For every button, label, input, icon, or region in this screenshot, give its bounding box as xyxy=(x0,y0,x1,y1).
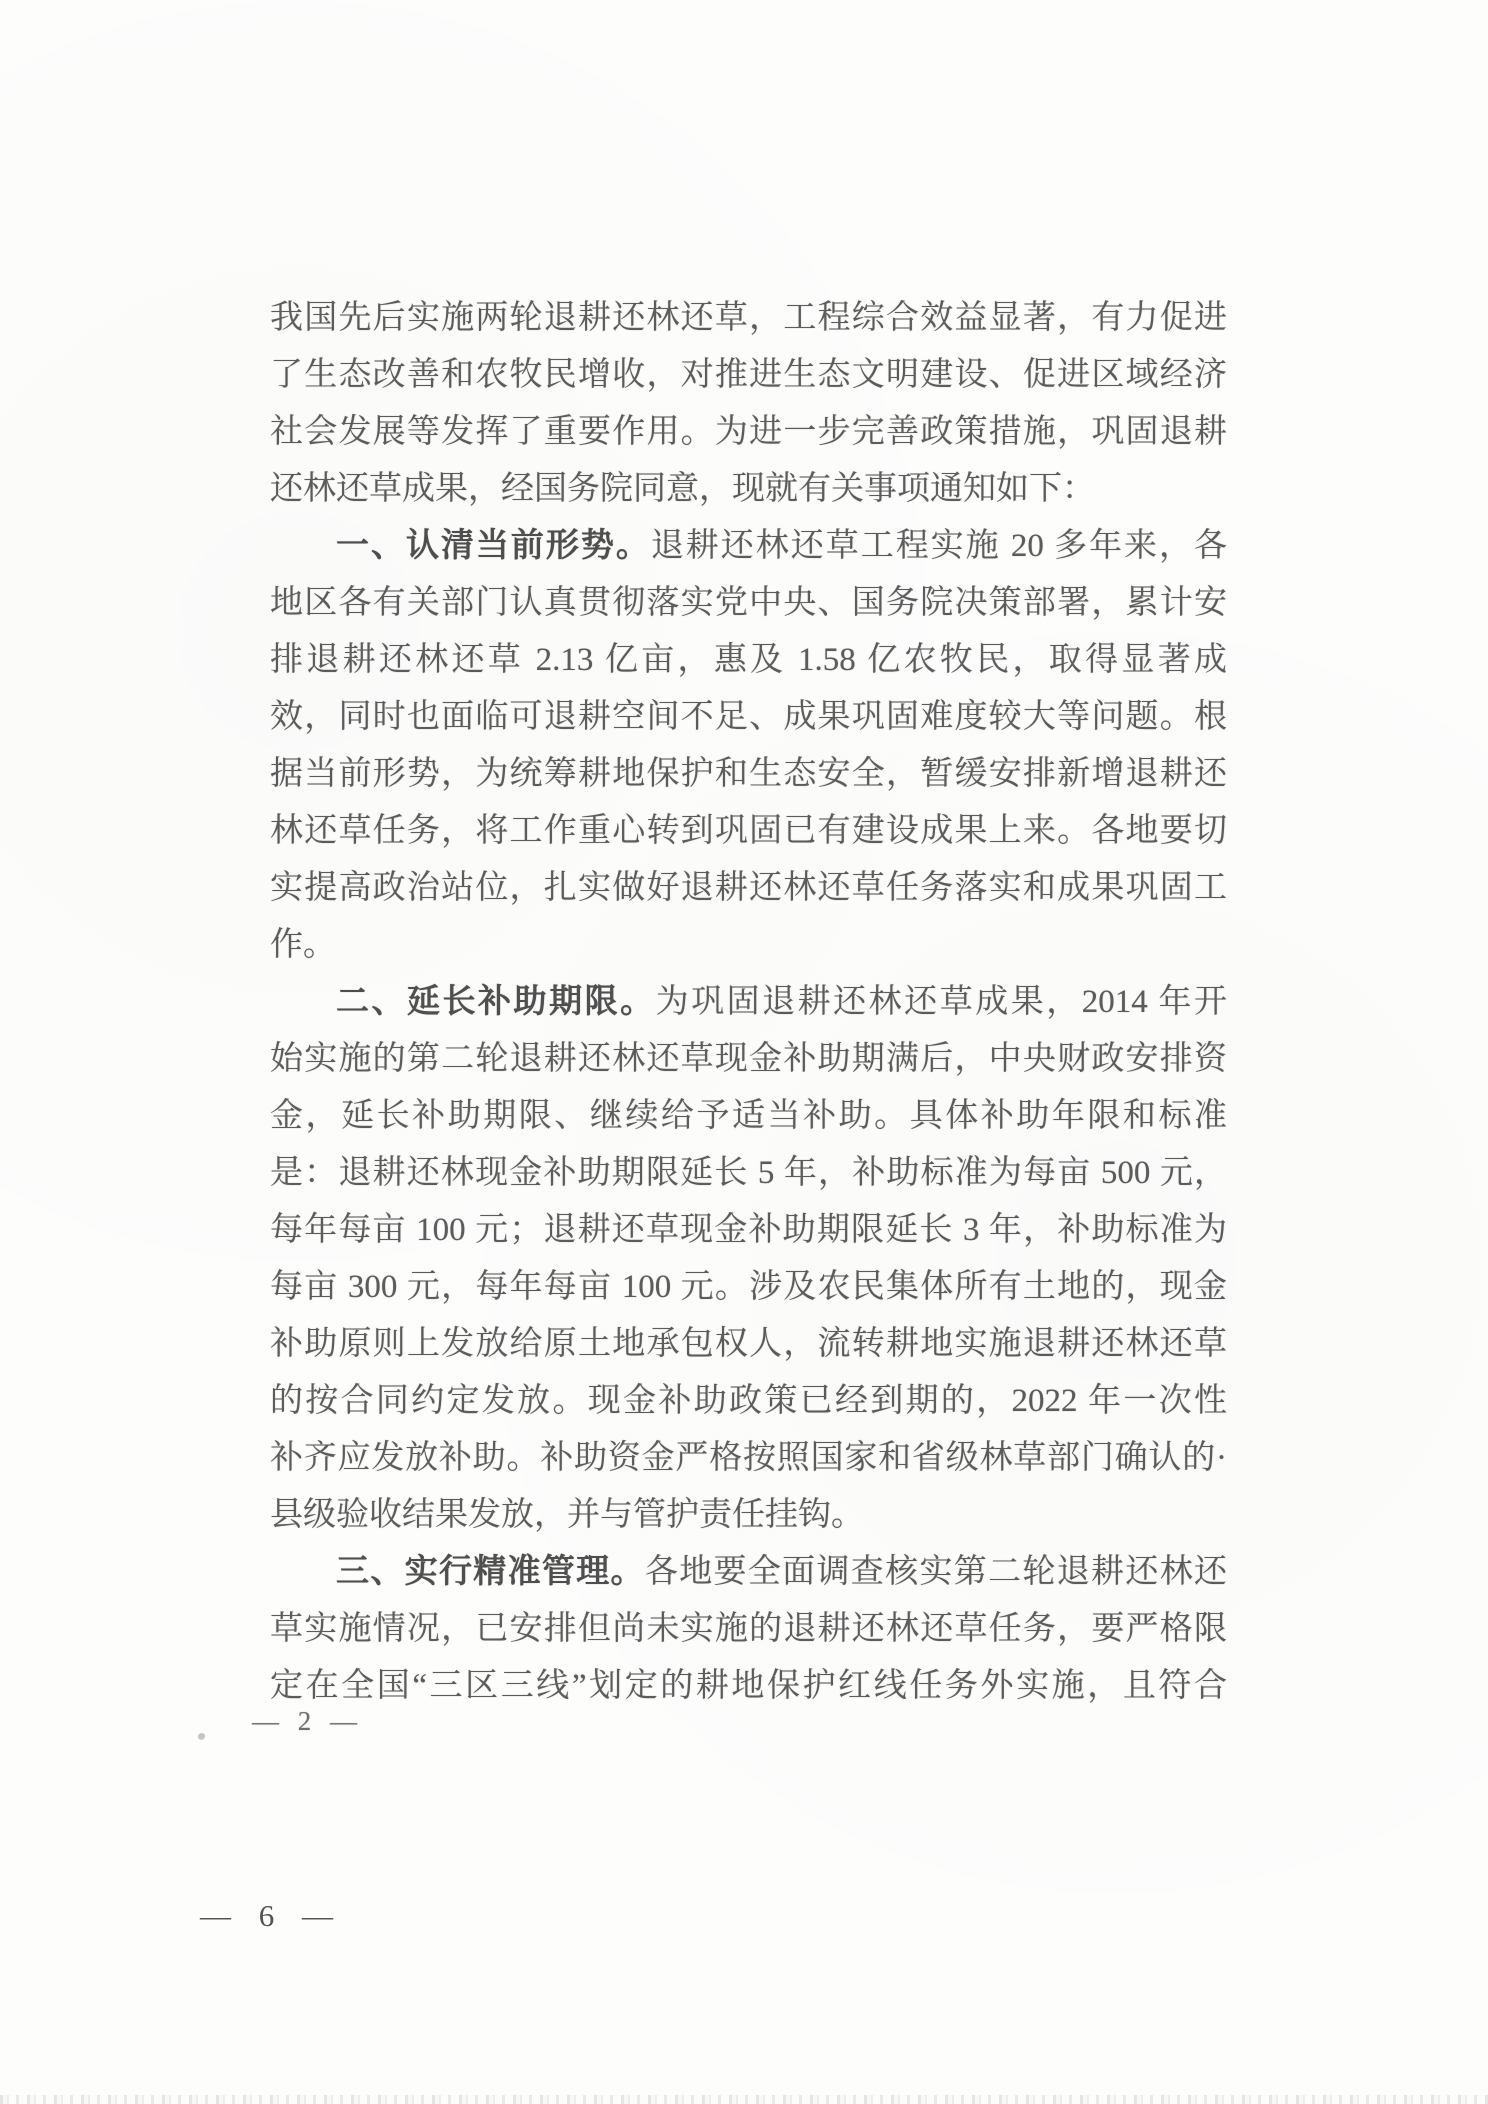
line-text: 我国先后实施两轮退耕还林还草，工程综合效益显著，有力促进 xyxy=(270,300,1227,336)
outer-page-number: — 6 — xyxy=(200,1898,336,1934)
text-line: 效，同时也面临可退耕空间不足、成果巩固难度较大等问题。根 xyxy=(270,689,1227,746)
text-line: 地区各有关部门认真贯彻落实党中央、国务院决策部署，累计安 xyxy=(270,575,1227,632)
line-text: 金，延长补助期限、继续给予适当补助。具体补助年限和标准 xyxy=(270,1098,1227,1134)
text-line: 是：退耕还林现金补助期限延长 5 年，补助标准为每亩 500 元， xyxy=(270,1145,1227,1202)
line-text: 每年每亩 100 元；退耕还草现金补助期限延长 3 年，补助标准为 xyxy=(270,1212,1227,1248)
line-text: 是：退耕还林现金补助期限延长 5 年，补助标准为每亩 500 元， xyxy=(270,1155,1227,1191)
text-line: 据当前形势，为统筹耕地保护和生态安全，暂缓安排新增退耕还 xyxy=(270,746,1227,803)
line-text: 林还草任务，将工作重心转到巩固已有建设成果上来。各地要切 xyxy=(270,813,1227,849)
line-text: 退耕还林还草工程实施 20 多年来，各 xyxy=(651,528,1227,564)
text-line: 补齐应发放补助。补助资金严格按照国家和省级林草部门确认的· xyxy=(270,1430,1227,1487)
line-text: 效，同时也面临可退耕空间不足、成果巩固难度较大等问题。根 xyxy=(270,699,1227,735)
text-line: 排退耕还林还草 2.13 亿亩，惠及 1.58 亿农牧民，取得显著成 xyxy=(270,632,1227,689)
section-heading: 一、认清当前形势。 xyxy=(336,528,651,564)
inner-page-number: — 2 — xyxy=(252,1706,359,1737)
text-line: 金，延长补助期限、继续给予适当补助。具体补助年限和标准 xyxy=(270,1088,1227,1145)
text-line: 定在全国“三区三线”划定的耕地保护红线任务外实施，且符合 xyxy=(270,1658,1227,1715)
line-text: 还林还草成果，经国务院同意，现就有关事项通知如下： xyxy=(270,471,1095,507)
line-text: 定在全国“三区三线”划定的耕地保护红线任务外实施，且符合 xyxy=(270,1668,1227,1704)
line-text: 县级验收结果发放，并与管护责任挂钩。 xyxy=(270,1497,864,1533)
scan-artifact-strip xyxy=(0,2095,1488,2104)
scanned-document-page: 我国先后实施两轮退耕还林还草，工程综合效益显著，有力促进了生态改善和农牧民增收，… xyxy=(0,0,1488,2104)
text-line: 三、实行精准管理。各地要全面调查核实第二轮退耕还林还 xyxy=(270,1544,1227,1601)
line-text: 了生态改善和农牧民增收，对推进生态文明建设、促进区域经济 xyxy=(270,357,1227,393)
text-line: 的按合同约定发放。现金补助政策已经到期的，2022 年一次性 xyxy=(270,1373,1227,1430)
line-text: 补齐应发放补助。补助资金严格按照国家和省级林草部门确认的· xyxy=(270,1440,1227,1476)
text-line: 补助原则上发放给原土地承包权人，流转耕地实施退耕还林还草 xyxy=(270,1316,1227,1373)
text-line: 了生态改善和农牧民增收，对推进生态文明建设、促进区域经济 xyxy=(270,347,1227,404)
text-line: 我国先后实施两轮退耕还林还草，工程综合效益显著，有力促进 xyxy=(270,290,1227,347)
text-line: 还林还草成果，经国务院同意，现就有关事项通知如下： xyxy=(270,461,1227,518)
line-text: 据当前形势，为统筹耕地保护和生态安全，暂缓安排新增退耕还 xyxy=(270,756,1227,792)
line-text: 草实施情况，已安排但尚未实施的退耕还林还草任务，要严格限 xyxy=(270,1611,1227,1647)
text-line: 林还草任务，将工作重心转到巩固已有建设成果上来。各地要切 xyxy=(270,803,1227,860)
line-text: 的按合同约定发放。现金补助政策已经到期的，2022 年一次性 xyxy=(270,1383,1227,1419)
document-body: 我国先后实施两轮退耕还林还草，工程综合效益显著，有力促进了生态改善和农牧民增收，… xyxy=(270,290,1227,1715)
line-text: 地区各有关部门认真贯彻落实党中央、国务院决策部署，累计安 xyxy=(270,585,1227,621)
text-line: 始实施的第二轮退耕还林还草现金补助期满后，中央财政安排资 xyxy=(270,1031,1227,1088)
line-text: 排退耕还林还草 2.13 亿亩，惠及 1.58 亿农牧民，取得显著成 xyxy=(270,642,1227,678)
line-text: 为巩固退耕还林还草成果，2014 年开 xyxy=(656,984,1227,1020)
text-line: 一、认清当前形势。退耕还林还草工程实施 20 多年来，各 xyxy=(270,518,1227,575)
line-text: 补助原则上发放给原土地承包权人，流转耕地实施退耕还林还草 xyxy=(270,1326,1227,1362)
scan-speck xyxy=(197,1732,206,1741)
text-line: 二、延长补助期限。为巩固退耕还林还草成果，2014 年开 xyxy=(270,974,1227,1031)
line-text: 每亩 300 元，每年每亩 100 元。涉及农民集体所有土地的，现金 xyxy=(270,1269,1227,1305)
text-line: 实提高政治站位，扎实做好退耕还林还草任务落实和成果巩固工 xyxy=(270,860,1227,917)
text-line: 草实施情况，已安排但尚未实施的退耕还林还草任务，要严格限 xyxy=(270,1601,1227,1658)
line-text: 始实施的第二轮退耕还林还草现金补助期满后，中央财政安排资 xyxy=(270,1041,1227,1077)
text-line: 作。 xyxy=(270,917,1227,974)
text-line: 社会发展等发挥了重要作用。为进一步完善政策措施，巩固退耕 xyxy=(270,404,1227,461)
line-text: 作。 xyxy=(270,927,336,963)
text-line: 县级验收结果发放，并与管护责任挂钩。 xyxy=(270,1487,1227,1544)
text-line: 每亩 300 元，每年每亩 100 元。涉及农民集体所有土地的，现金 xyxy=(270,1259,1227,1316)
section-heading: 三、实行精准管理。 xyxy=(336,1554,645,1590)
section-heading: 二、延长补助期限。 xyxy=(336,984,656,1020)
line-text: 实提高政治站位，扎实做好退耕还林还草任务落实和成果巩固工 xyxy=(270,870,1227,906)
line-text: 社会发展等发挥了重要作用。为进一步完善政策措施，巩固退耕 xyxy=(270,414,1227,450)
text-line: 每年每亩 100 元；退耕还草现金补助期限延长 3 年，补助标准为 xyxy=(270,1202,1227,1259)
line-text: 各地要全面调查核实第二轮退耕还林还 xyxy=(645,1554,1227,1590)
